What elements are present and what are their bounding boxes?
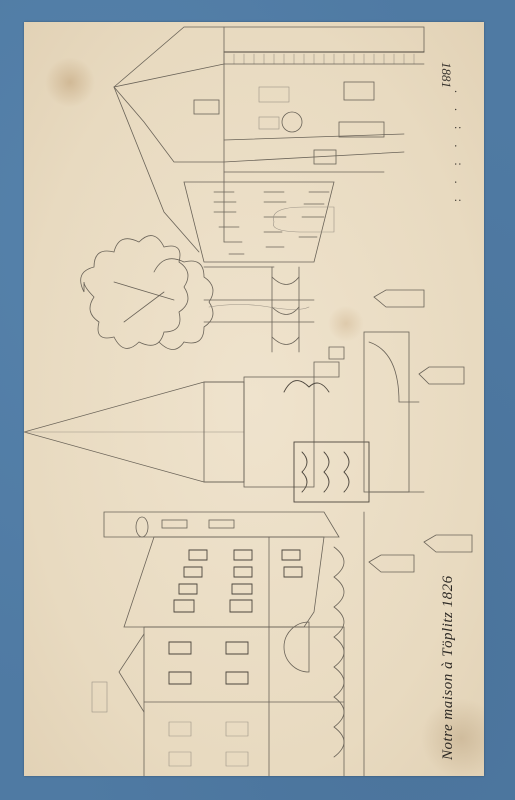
- handwritten-caption: Notre maison à Töplitz 1826: [440, 575, 457, 760]
- catalog-number: 1881: [438, 62, 454, 88]
- tree: [81, 236, 314, 350]
- bottom-building: [92, 512, 364, 776]
- drawing-paper: [24, 22, 484, 776]
- dotted-marks: . . : . : . :: [451, 90, 466, 208]
- arcade: [204, 267, 299, 352]
- top-building: [114, 27, 424, 262]
- obelisk-monument: [24, 332, 424, 502]
- pencil-sketch: [24, 22, 484, 776]
